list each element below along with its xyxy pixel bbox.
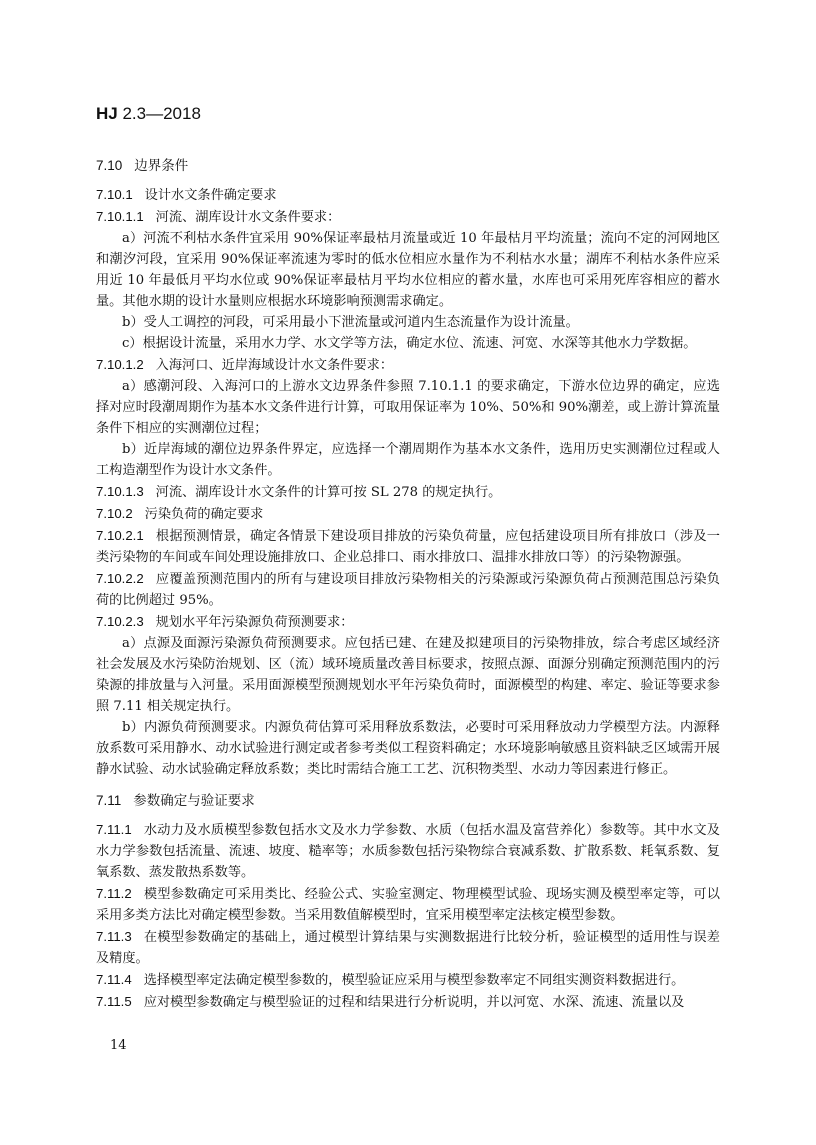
clause-text: 河流、湖库设计水文条件的计算可按 SL 278 的规定执行。 (156, 485, 502, 500)
clause-text: 应对模型参数确定与模型验证的过程和结果进行分析说明，并以河宽、水深、流速、流量以… (144, 995, 685, 1010)
standard-code-header: HJ 2.3—2018 (96, 104, 201, 124)
code-rest: 2.3—2018 (118, 104, 201, 123)
clause-number: 7.10.1.3 (96, 484, 144, 499)
code-bold: HJ (96, 104, 118, 123)
clause-number: 7.11.1 (96, 822, 132, 837)
item-b: b）内源负荷预测要求。内源负荷估算可采用释放系数法，必要时可采用释放动力学模型方… (96, 717, 720, 780)
section-heading-7-10: 7.10边界条件 (96, 155, 720, 176)
clause-number: 7.10.2.2 (96, 571, 144, 586)
clause-text: 模型参数确定可采用类比、经验公式、实验室测定、物理模型试验、现场实测及模型率定等… (96, 887, 720, 923)
clause-text: 污染负荷的确定要求 (145, 507, 264, 522)
clause-text: 在模型参数确定的基础上，通过模型计算结果与实测数据进行比较分析，验证模型的适用性… (96, 930, 720, 966)
item-a: a）感潮河段、入海河口的上游水文边界条件参照 7.10.1.1 的要求确定，下游… (96, 376, 720, 439)
clause-7-10-1-1: 7.10.1.1河流、湖库设计水文条件要求： (96, 206, 720, 228)
section-title: 参数确定与验证要求 (133, 793, 255, 808)
item-c: c）根据设计流量，采用水力学、水文学等方法，确定水位、流速、河宽、水深等其他水力… (96, 333, 720, 354)
clause-7-10-2-3: 7.10.2.3规划水平年污染源负荷预测要求： (96, 611, 720, 633)
clause-number: 7.11.3 (96, 929, 132, 944)
clause-7-10-2-1: 7.10.2.1根据预测情景，确定各情景下建设项目排放的污染负荷量，应包括建设项… (96, 525, 720, 568)
clause-text: 水动力及水质模型参数包括水文及水力学参数、水质（包括水温及富营养化）参数等。其中… (96, 823, 720, 880)
clause-7-10-1-2: 7.10.1.2入海河口、近岸海域设计水文条件要求： (96, 354, 720, 376)
clause-number: 7.10.1 (96, 187, 133, 202)
item-b: b）受人工调控的河段，可采用最小下泄流量或河道内生态流量作为设计流量。 (96, 312, 720, 333)
clause-number: 7.10.2 (96, 506, 133, 521)
clause-text: 入海河口、近岸海域设计水文条件要求： (156, 358, 393, 373)
clause-7-11-1: 7.11.1水动力及水质模型参数包括水文及水力学参数、水质（包括水温及富营养化）… (96, 819, 720, 883)
clause-text: 选择模型率定法确定模型参数的，模型验证应采用与模型参数率定不同组实测资料数据进行… (144, 973, 685, 988)
clause-7-10-2-2: 7.10.2.2应覆盖预测范围内的所有与建设项目排放污染物相关的污染源或污染源负… (96, 568, 720, 611)
clause-number: 7.10.1.2 (96, 357, 144, 372)
section-number: 7.10 (96, 158, 122, 173)
section-number: 7.11 (96, 793, 121, 808)
clause-7-10-1-3: 7.10.1.3河流、湖库设计水文条件的计算可按 SL 278 的规定执行。 (96, 481, 720, 503)
clause-text: 设计水文条件确定要求 (145, 188, 277, 203)
item-a: a）河流不利枯水条件宜采用 90%保证率最枯月流量或近 10 年最枯月平均流量；… (96, 228, 720, 312)
page-number: 14 (110, 1038, 127, 1053)
clause-7-11-5: 7.11.5应对模型参数确定与模型验证的过程和结果进行分析说明，并以河宽、水深、… (96, 991, 720, 1013)
clause-text: 根据预测情景，确定各情景下建设项目排放的污染负荷量，应包括建设项目所有排放口（涉… (96, 529, 720, 565)
clause-number: 7.11.5 (96, 994, 132, 1009)
clause-text: 规划水平年污染源负荷预测要求： (156, 615, 354, 630)
clause-7-11-3: 7.11.3在模型参数确定的基础上，通过模型计算结果与实测数据进行比较分析，验证… (96, 926, 720, 969)
clause-7-11-4: 7.11.4选择模型率定法确定模型参数的，模型验证应采用与模型参数率定不同组实测… (96, 969, 720, 991)
clause-number: 7.10.2.3 (96, 614, 144, 629)
clause-7-10-1: 7.10.1设计水文条件确定要求 (96, 184, 720, 206)
document-body: 7.10边界条件 7.10.1设计水文条件确定要求 7.10.1.1河流、湖库设… (96, 155, 720, 1013)
clause-number: 7.11.2 (96, 886, 132, 901)
clause-text: 应覆盖预测范围内的所有与建设项目排放污染物相关的污染源或污染源负荷占预测范围总污… (96, 572, 720, 608)
clause-number: 7.10.1.1 (96, 209, 144, 224)
clause-7-10-2: 7.10.2污染负荷的确定要求 (96, 503, 720, 525)
clause-7-11-2: 7.11.2模型参数确定可采用类比、经验公式、实验室测定、物理模型试验、现场实测… (96, 883, 720, 926)
item-b: b）近岸海域的潮位边界条件界定，应选择一个潮周期作为基本水文条件，选用历史实测潮… (96, 439, 720, 481)
section-title: 边界条件 (134, 158, 188, 173)
clause-number: 7.10.2.1 (96, 528, 144, 543)
section-heading-7-11: 7.11参数确定与验证要求 (96, 790, 720, 811)
clause-text: 河流、湖库设计水文条件要求： (156, 210, 341, 225)
item-a: a）点源及面源污染源负荷预测要求。应包括已建、在建及拟建项目的污染物排放，综合考… (96, 633, 720, 717)
clause-number: 7.11.4 (96, 972, 132, 987)
